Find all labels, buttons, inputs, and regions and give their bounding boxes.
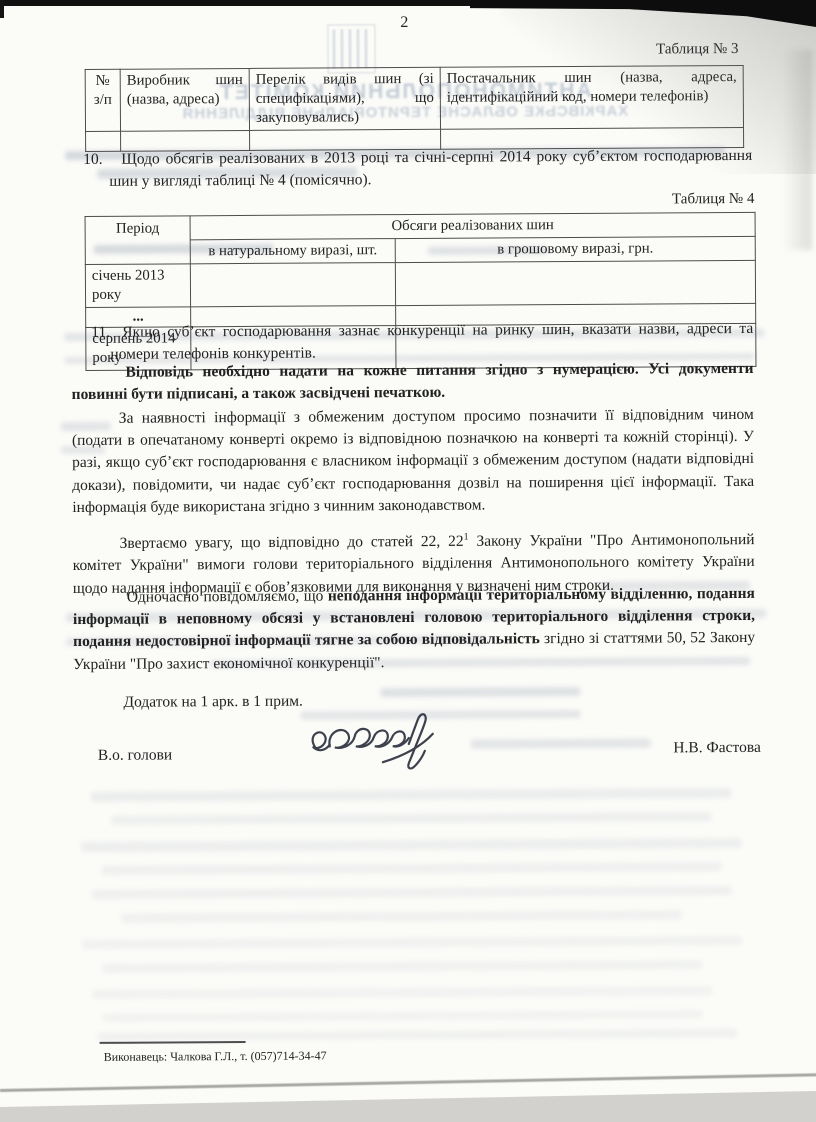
table4-header-money: в грошовому виразі, грн. bbox=[395, 236, 755, 262]
scan-shadow-top-right bbox=[500, 4, 816, 174]
table3-header-num: № з/п bbox=[85, 69, 120, 131]
paragraph-liability: Одночасно повідомляємо, що неподання інф… bbox=[73, 583, 756, 676]
table4-row-jan2013: січень 2013 року bbox=[85, 260, 755, 307]
paragraph-answer-requirement: Відповідь необхідно надати на кожне пита… bbox=[71, 358, 753, 407]
signature-scrawl bbox=[299, 700, 449, 779]
table4-header-natural: в натуральному виразі, шт. bbox=[190, 239, 395, 264]
page-number: 2 bbox=[386, 14, 422, 32]
scan-edge-left bbox=[0, 0, 4, 18]
scanned-document-page: АНТИМОНОПОЛЬНИЙ КОМІТЕТ ХАРКІВСЬКЕ ОБЛАС… bbox=[0, 0, 816, 1122]
table4-caption: Таблиця № 4 bbox=[497, 191, 754, 210]
table4-header-volumes: Обсяги реалізованих шин bbox=[190, 212, 755, 239]
table3-header-producer: Виробник шин (назва, адреса) bbox=[120, 68, 249, 131]
empty-cell bbox=[395, 260, 755, 305]
table4-header-period: Період bbox=[85, 216, 190, 265]
table3-header-list: Перелік видів шин (зі специфікаціями), щ… bbox=[249, 67, 440, 130]
item10-number: 10. bbox=[83, 149, 103, 171]
attention-text-before: Звертаємо увагу, що відповідно до статей… bbox=[119, 533, 463, 552]
executor-note: Виконавець: Чалкова Г.Л., т. (057)714-34… bbox=[104, 1049, 327, 1065]
signoff-position: В.о. голови bbox=[98, 744, 258, 767]
item11-number: 11. bbox=[91, 322, 110, 344]
period-cell: січень 2013 року bbox=[85, 264, 190, 308]
paragraph-restricted-info: За наявності інформації з обмеженим дост… bbox=[72, 404, 755, 519]
signoff-name: Н.В. Фастова bbox=[641, 737, 761, 760]
liability-intro: Одночасно повідомляємо, що bbox=[127, 587, 328, 605]
scan-shadow-right bbox=[782, 50, 812, 250]
executor-divider bbox=[100, 1041, 246, 1044]
empty-cell bbox=[190, 263, 395, 307]
